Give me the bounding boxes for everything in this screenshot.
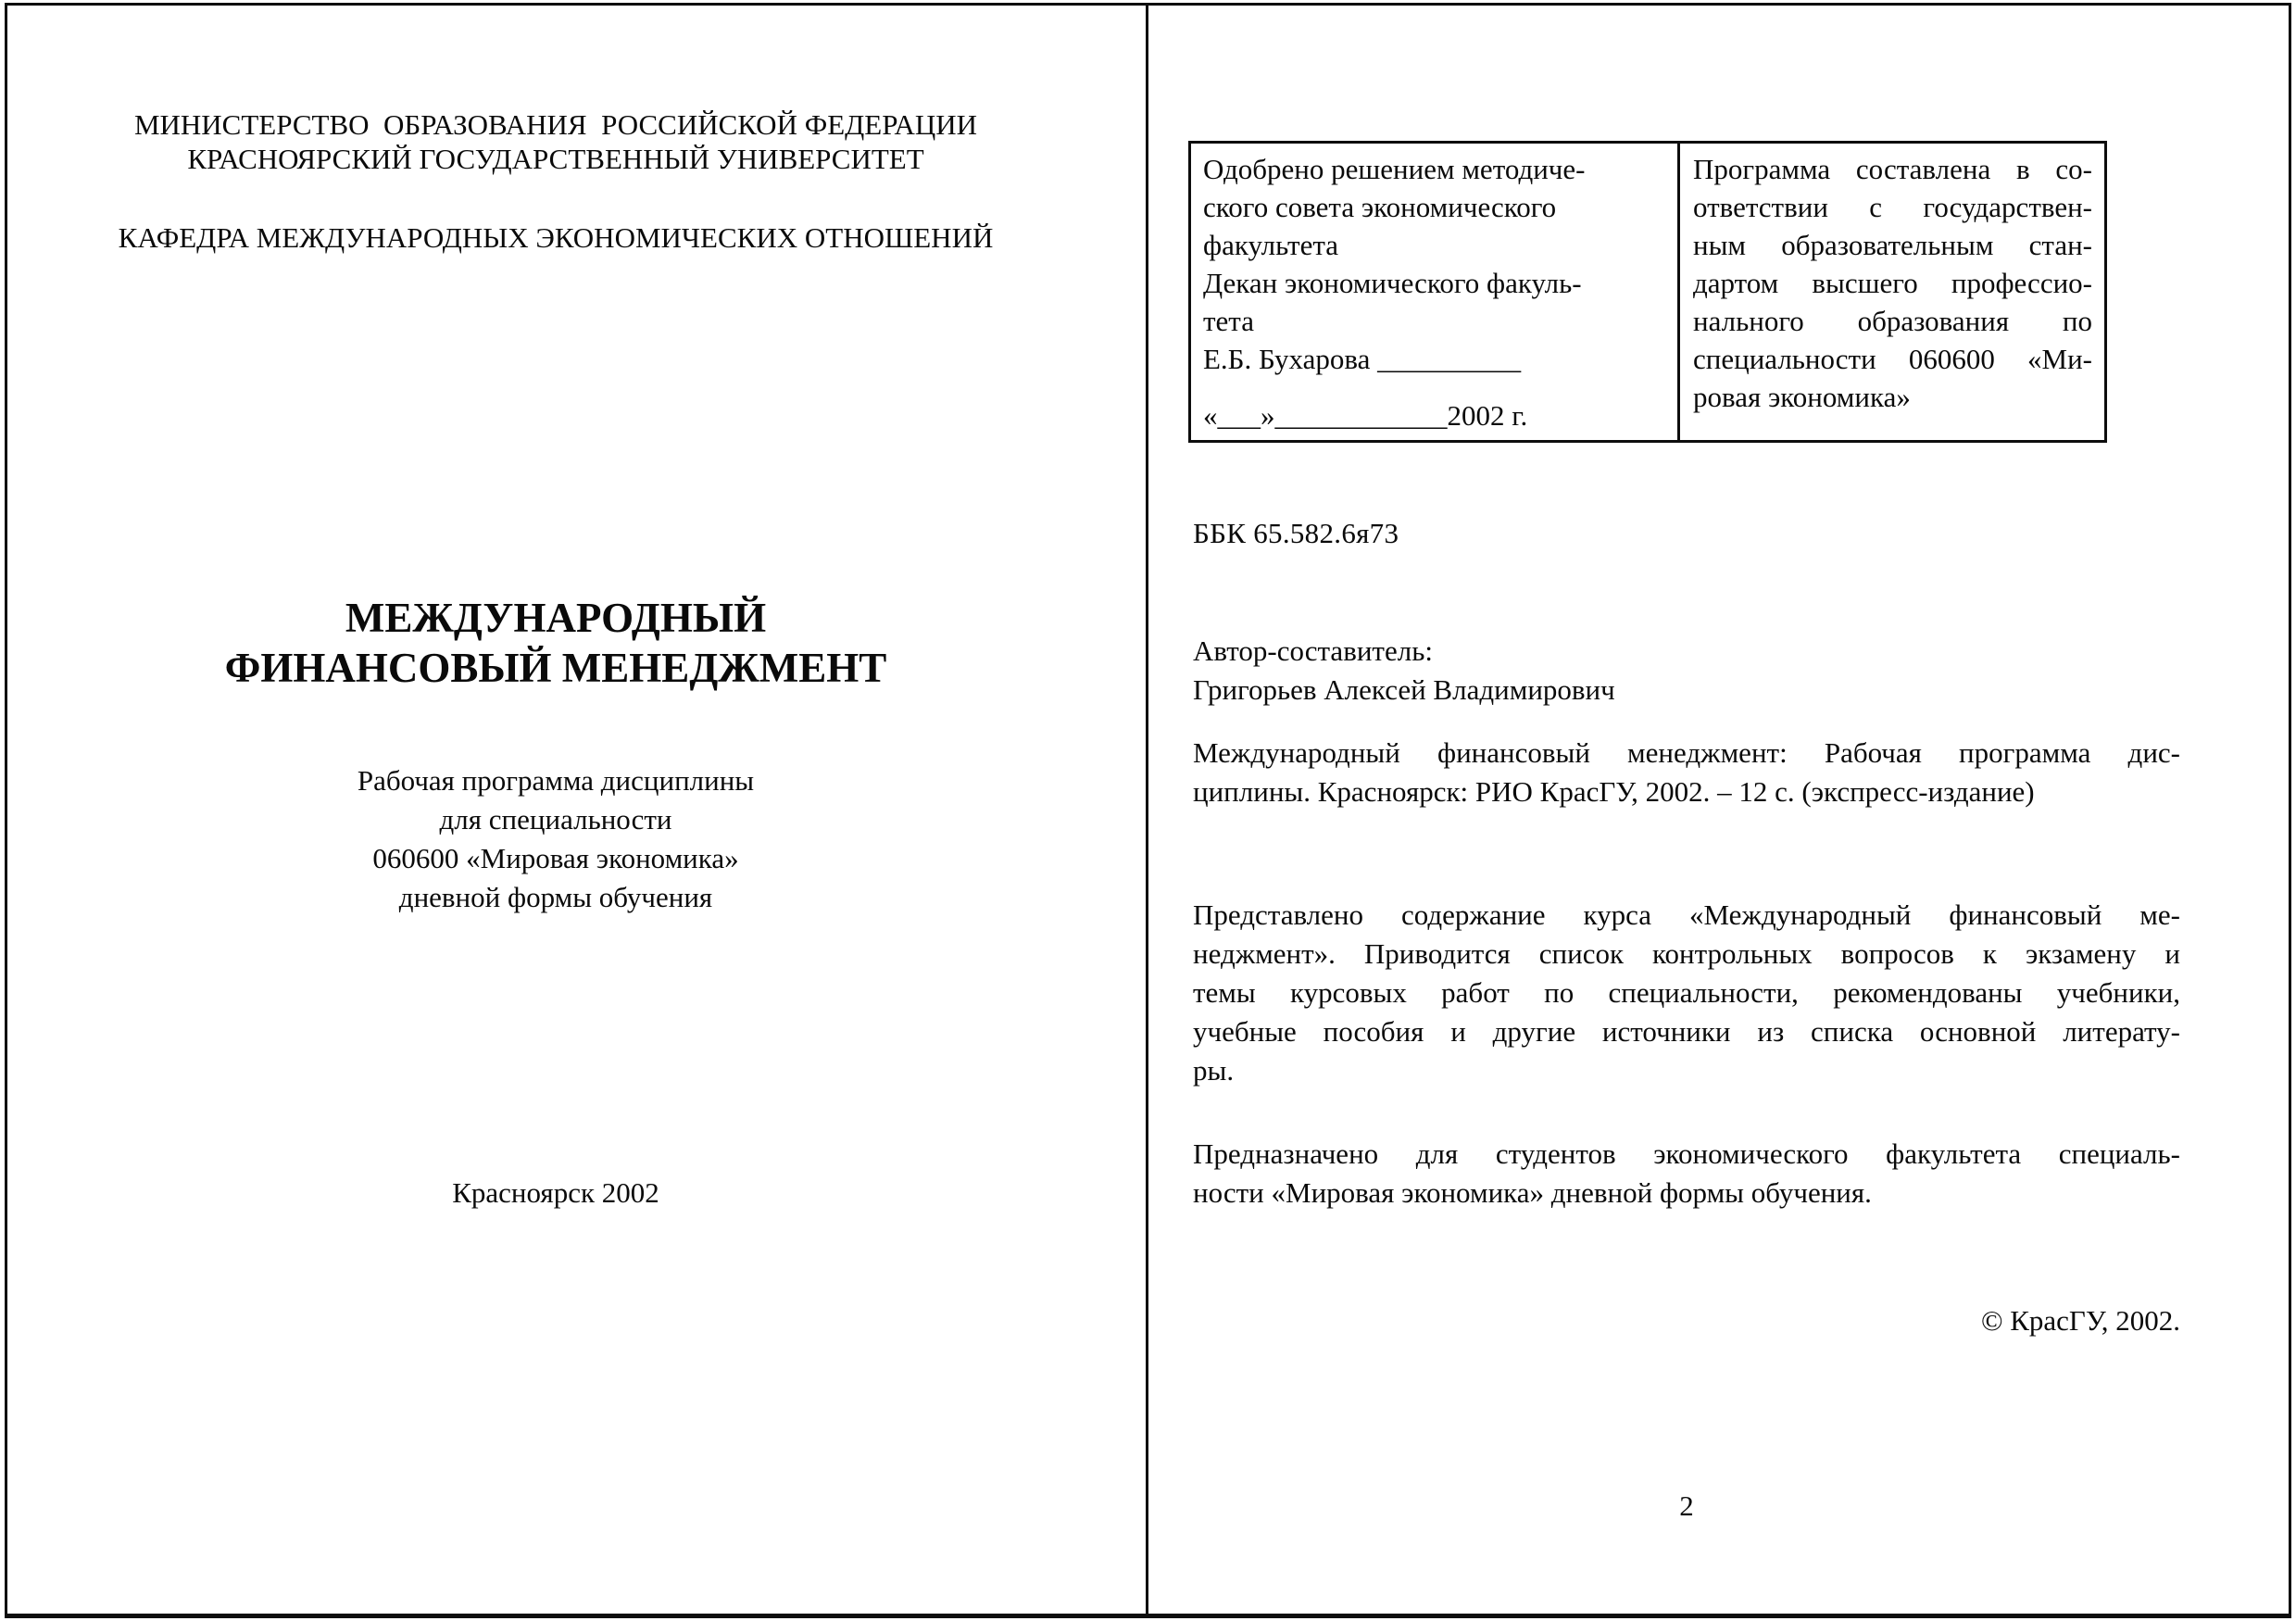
page-divider [1146, 3, 1148, 1618]
author-name: Григорьев Алексей Владимирович [1193, 671, 2180, 710]
approval-cell-left: Одобрено решением методиче-ского совета … [1191, 144, 1680, 440]
copyright-notice: © КрасГУ, 2002. [1193, 1301, 2180, 1340]
department-line: КАФЕДРА МЕЖДУНАРОДНЫХ ЭКОНОМИЧЕСКИХ ОТНО… [7, 220, 1104, 256]
abstract-paragraph-2: Предназначено для студентов экономическо… [1193, 1135, 2180, 1213]
document-spread: МИНИСТЕРСТВО ОБРАЗОВАНИЯ РОССИЙСКОЙ ФЕДЕ… [0, 0, 2296, 1621]
page-title-left: МИНИСТЕРСТВО ОБРАЗОВАНИЯ РОССИЙСКОЙ ФЕДЕ… [7, 0, 1104, 1621]
document-title: МЕЖДУНАРОДНЫЙ ФИНАНСОВЫЙ МЕНЕДЖМЕНТ [7, 593, 1104, 693]
imprint-line: Красноярск 2002 [7, 1176, 1104, 1210]
approval-signature-text: Одобрено решением методиче-ского совета … [1203, 150, 1668, 378]
approval-standard-text: Программа составлена в со-ответствии с г… [1693, 150, 2092, 416]
approval-table: Одобрено решением методиче-ского совета … [1188, 141, 2107, 443]
ministry-line: МИНИСТЕРСТВО ОБРАЗОВАНИЯ РОССИЙСКОЙ ФЕДЕ… [7, 107, 1104, 143]
approval-date-line: «___»____________2002 г. [1203, 396, 1668, 434]
author-block: Автор-составитель: Григорьев Алексей Вла… [1193, 632, 2180, 710]
bibliographic-entry: Международный финансовый менеджмент: Раб… [1193, 734, 2180, 811]
abstract-paragraph-1: Представлено содержание курса «Междунаро… [1193, 896, 2180, 1090]
page-imprint-right: Одобрено решением методиче-ского совета … [1149, 0, 2290, 1621]
approval-cell-right: Программа составлена в со-ответствии с г… [1680, 144, 2104, 440]
document-subtitle: Рабочая программа дисциплины для специал… [7, 761, 1104, 917]
bbk-code: ББК 65.582.6я73 [1193, 514, 2180, 553]
author-label: Автор-составитель: [1193, 632, 2180, 671]
page-number: 2 [1193, 1487, 2180, 1526]
university-line: КРАСНОЯРСКИЙ ГОСУДАРСТВЕННЫЙ УНИВЕРСИТЕТ [7, 142, 1104, 177]
